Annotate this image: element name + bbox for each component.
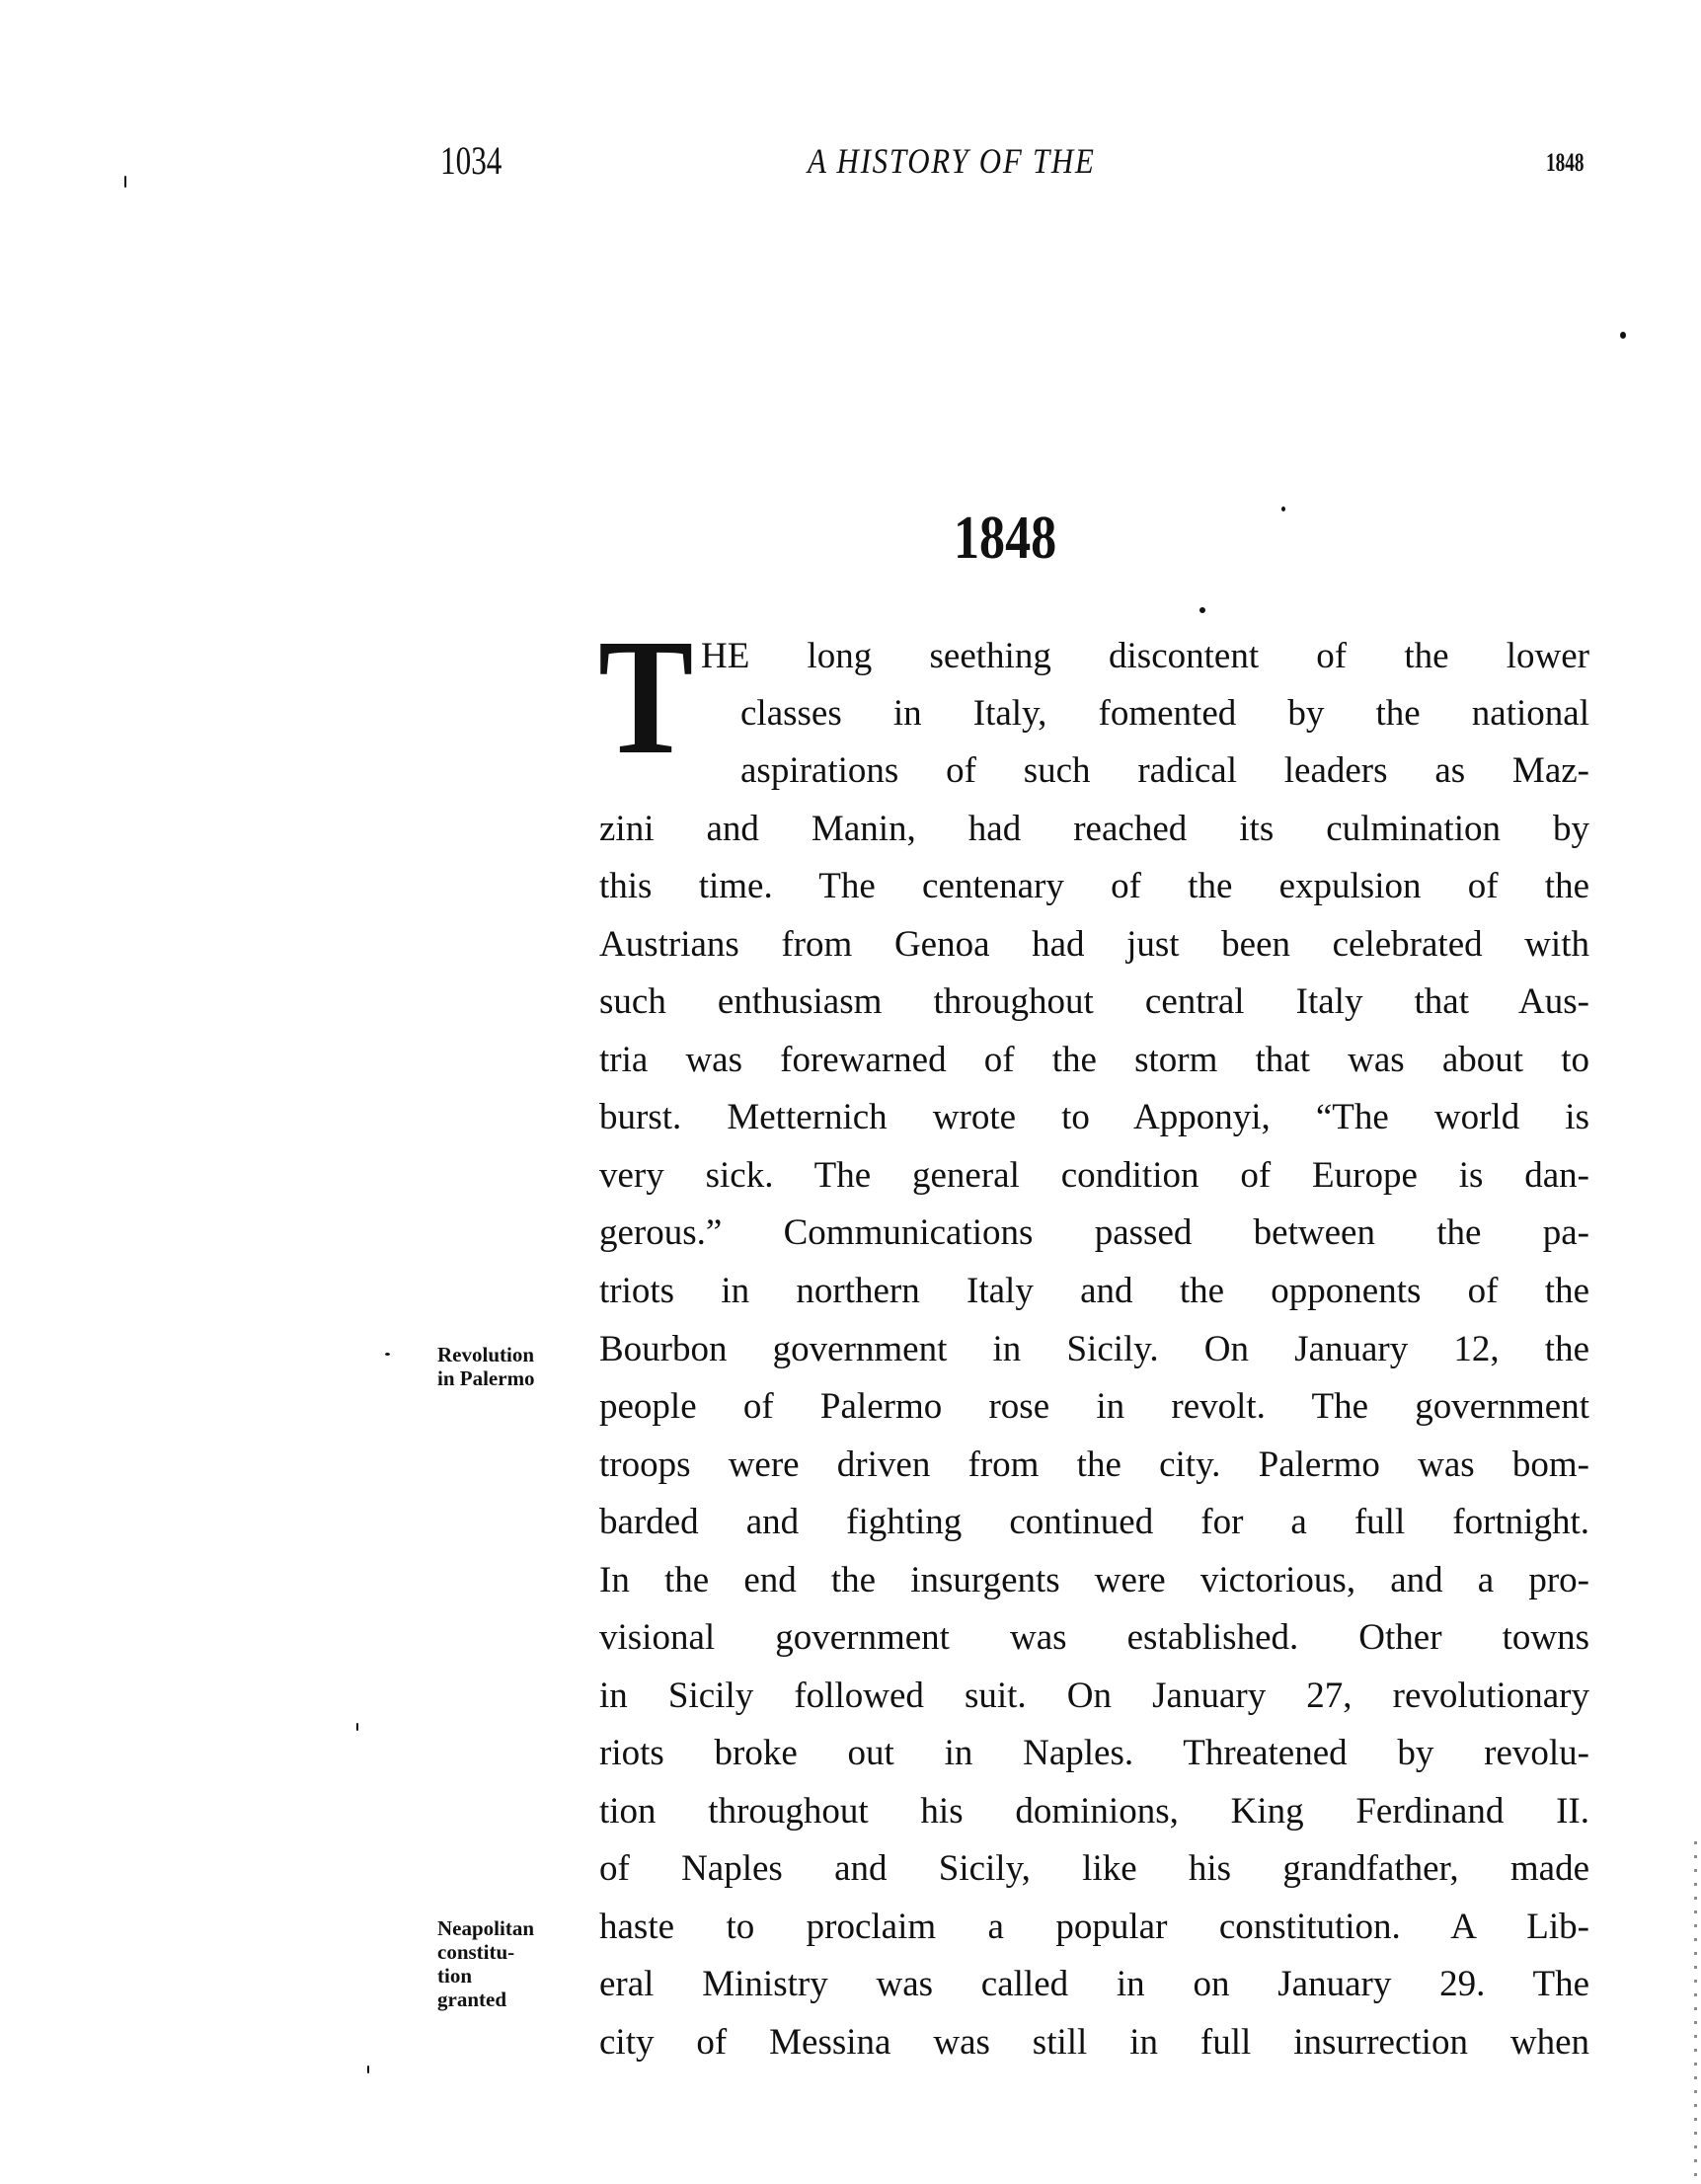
text-line: troops were driven from the city. Palerm… bbox=[599, 1437, 1589, 1494]
scan-speck bbox=[385, 1353, 390, 1356]
side-note-revolution-palermo: Revolution in Palermo bbox=[437, 1343, 535, 1390]
text-line: in Sicily followed suit. On January 27, … bbox=[599, 1668, 1589, 1725]
side-note-line: Revolution bbox=[437, 1343, 535, 1366]
scan-speck bbox=[1620, 332, 1626, 339]
side-note-line: granted bbox=[437, 1988, 534, 2011]
text-line: riots broke out in Naples. Threatened by… bbox=[599, 1725, 1589, 1782]
text-line: tria was forewarned of the storm that wa… bbox=[599, 1032, 1589, 1089]
text-line: aspirations of such radical leaders as M… bbox=[740, 742, 1589, 800]
running-title: A HISTORY OF THE bbox=[808, 141, 1096, 181]
text-line: In the end the insurgents were victoriou… bbox=[599, 1552, 1589, 1609]
page-number: 1034 bbox=[440, 139, 502, 183]
scan-speck bbox=[367, 2066, 369, 2073]
chapter-heading: 1848 bbox=[954, 506, 1056, 571]
text-line: very sick. The general condition of Euro… bbox=[599, 1147, 1589, 1205]
text-line: eral Ministry was called in on January 2… bbox=[599, 1956, 1589, 2013]
text-line: Bourbon government in Sicily. On January… bbox=[599, 1321, 1589, 1378]
text-line: classes in Italy, fomented by the nation… bbox=[740, 685, 1589, 742]
text-line: zini and Manin, had reached its culminat… bbox=[599, 801, 1589, 858]
text-line: barded and fighting continued for a full… bbox=[599, 1494, 1589, 1551]
text-line: of Naples and Sicily, like his grandfath… bbox=[599, 1840, 1589, 1898]
header-year: 1848 bbox=[1546, 148, 1584, 178]
text-line: tion throughout his dominions, King Ferd… bbox=[599, 1783, 1589, 1840]
text-line: HE long seething discontent of the lower bbox=[701, 628, 1589, 685]
side-note-line: constitu- bbox=[437, 1940, 534, 1964]
side-note-neapolitan-constitution: Neapolitan constitu- tion granted bbox=[437, 1916, 534, 2011]
text-line: burst. Metternich wrote to Apponyi, “The… bbox=[599, 1089, 1589, 1146]
text-line: city of Messina was still in full insurr… bbox=[599, 2014, 1589, 2071]
text-line: people of Palermo rose in revolt. The go… bbox=[599, 1378, 1589, 1436]
side-note-line: tion bbox=[437, 1964, 534, 1988]
scan-speck bbox=[1199, 607, 1205, 613]
text-line: haste to proclaim a popular constitution… bbox=[599, 1899, 1589, 1956]
text-line: such enthusiasm throughout central Italy… bbox=[599, 974, 1589, 1031]
scan-speck bbox=[124, 176, 126, 188]
text-line: Austrians from Genoa had just been celeb… bbox=[599, 916, 1589, 974]
side-note-line: in Palermo bbox=[437, 1366, 535, 1390]
drop-cap: T bbox=[598, 614, 693, 780]
text-line: this time. The centenary of the expulsio… bbox=[599, 858, 1589, 915]
text-line: visional government was established. Oth… bbox=[599, 1609, 1589, 1667]
text-line: triots in northern Italy and the opponen… bbox=[599, 1263, 1589, 1320]
text-line: gerous.” Communications passed between t… bbox=[599, 1205, 1589, 1262]
scan-speck bbox=[356, 1723, 358, 1731]
side-note-line: Neapolitan bbox=[437, 1916, 534, 1940]
scan-speck bbox=[1281, 507, 1285, 511]
scan-edge-artifact bbox=[1694, 1841, 1697, 2177]
